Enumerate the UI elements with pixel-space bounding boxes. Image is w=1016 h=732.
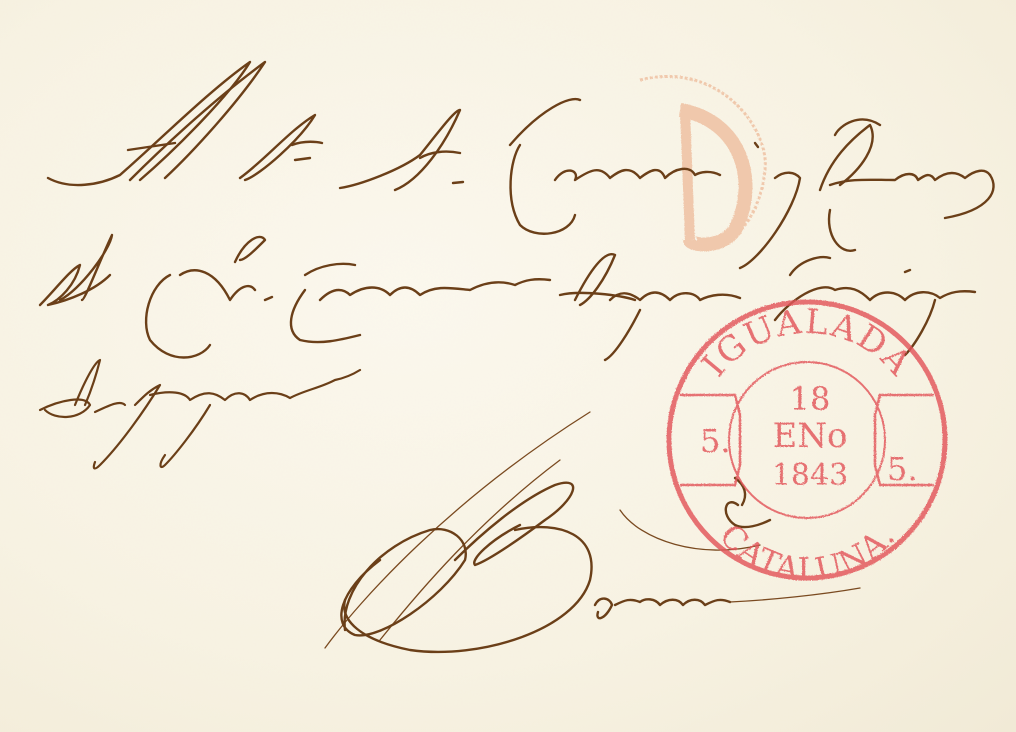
postmark-day: 18 bbox=[790, 380, 831, 418]
paper-texture bbox=[0, 0, 1016, 732]
letter-cover: Al Sr. Dn. Romani y Hanes del Comd. Carr… bbox=[0, 0, 1016, 732]
postmark-month: ENo bbox=[772, 416, 847, 456]
postmark-year: 1843 bbox=[772, 458, 848, 493]
cover-artwork: D bbox=[0, 0, 1016, 732]
postmark-side-right: 5. bbox=[887, 450, 918, 488]
postmark-side-left: 5. bbox=[700, 422, 731, 460]
